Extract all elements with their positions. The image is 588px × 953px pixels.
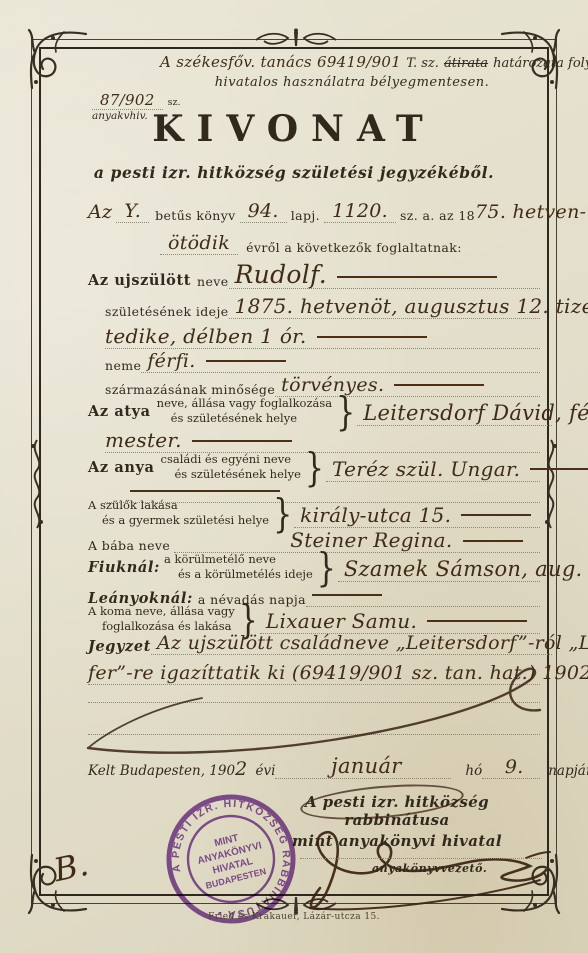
document-subtitle: a pesti izr. hitközség születési jegyzék…	[0, 163, 588, 182]
field-row-newborn-name: Az ujszülött neve Rudolf.	[88, 262, 540, 289]
midwife-label: A bába neve	[88, 538, 170, 553]
origin-value: törvényes.	[281, 374, 384, 396]
dated-day: 9.	[505, 756, 524, 778]
dated-year: 2	[235, 760, 247, 779]
field-row-sex: neme férfi.	[105, 352, 540, 373]
fill-stroke	[530, 468, 588, 470]
father-value-2: mester.	[105, 428, 182, 452]
dated-printed-1: Kelt Budapesten, 190	[88, 763, 235, 779]
birth-date-value-2: tedike, délben 1 ór.	[105, 324, 307, 348]
father-bold-label: Az atya	[88, 403, 151, 420]
field-row-midwife: A bába neve Steiner Regina.	[88, 530, 540, 553]
sex-label: neme	[105, 358, 141, 373]
field-row-father: Az atya neve, állása vagy foglalkozása é…	[88, 396, 552, 426]
intro-line-2: ötödik évről a következők foglaltatnak:	[160, 232, 538, 255]
svg-text:A PESTI IZR. HITKÖZSÉG RABBINÁ: A PESTI IZR. HITKÖZSÉG RABBINÁTUSA •	[157, 785, 305, 933]
field-row-circumciser: Fiuknál: a körülmetélő neve és a körülme…	[88, 552, 540, 582]
cancellation-flourish	[82, 652, 547, 762]
residence-value: király-utca 15.	[300, 503, 451, 527]
entry-number: 1120.	[324, 200, 396, 223]
mother-value: Teréz szül. Ungar.	[332, 457, 520, 481]
fill-stroke	[206, 360, 286, 362]
title-text: KIVONAT	[152, 108, 435, 150]
book-page: 94.	[240, 200, 287, 223]
birth-date-value: 1875. hetvenöt, augusztus 12. tizenket-	[235, 294, 588, 318]
fill-stroke	[130, 490, 280, 492]
newborn-bold-label: Az ujszülött	[88, 272, 191, 289]
fill-stroke	[463, 540, 523, 542]
mother-bold-label: Az anya	[88, 459, 155, 476]
ref-printed-a: T. sz.	[406, 56, 439, 71]
intro-rest-label: évről a következők foglaltatnak:	[246, 240, 462, 255]
dated-printed-2: évi	[255, 763, 275, 779]
godfather-value: Lixauer Samu.	[266, 609, 417, 633]
origin-label: származásának minősége	[105, 382, 275, 397]
dated-printed-4: napján.	[548, 763, 588, 779]
signature-rule-line	[300, 858, 542, 859]
fill-stroke	[312, 594, 382, 596]
fill-stroke	[192, 440, 292, 442]
godfather-label-line1: A koma neve, állása vagy	[88, 604, 235, 619]
header-reference-note: A székesfőv. tanács 69419/901 T. sz. áti…	[160, 52, 544, 90]
note-value: Az ujszülött családneve „Leitersdorf”-ró…	[157, 632, 588, 654]
newborn-label: neve	[197, 274, 229, 289]
corner-ornament-top-left	[24, 26, 90, 92]
field-row-godfather: A koma neve, állása vagy foglalkozása és…	[88, 604, 540, 634]
border-ornament-left-middle	[26, 438, 48, 530]
brace-glyph: }	[273, 497, 292, 532]
father-label-line1: neve, állása vagy foglalkozása	[157, 396, 333, 411]
document-page: A székesfőv. tanács 69419/901 T. sz. áti…	[0, 0, 588, 953]
stamp-ring-text: A PESTI IZR. HITKÖZSÉG RABBINÁTUSA •	[157, 785, 305, 933]
duty-free-line: hivatalos használatra bélyegmentesen.	[160, 75, 544, 90]
sex-value: férfi.	[147, 350, 195, 372]
residence-label-line1: A szülők lakása	[88, 498, 269, 513]
intro-az: Az	[88, 201, 112, 223]
registrar-title: anyakönyvvezető.	[372, 862, 487, 875]
field-row-birth-date: születésének ideje 1875. hetvenöt, augus…	[105, 296, 540, 319]
father-value: Leitersdorf Dávid, férfiszabó-	[363, 401, 588, 425]
intro-book-label: betűs könyv	[155, 208, 236, 223]
border-ornament-top-center	[254, 28, 338, 50]
entry-year-word: ötödik	[160, 232, 238, 255]
residence-label-line2: és a gyermek születési helye	[88, 513, 269, 528]
boys-label-line2: és a körülmetélés ideje	[164, 567, 313, 582]
intro-line-1: Az Y. betűs könyv 94. lapj. 1120. sz. a.…	[88, 200, 538, 223]
field-row-origin: származásának minősége törvényes.	[105, 376, 540, 397]
fill-stroke	[317, 336, 427, 338]
border-ornament-right-middle	[540, 438, 562, 530]
fill-stroke	[337, 276, 497, 278]
intro-sz-label: sz. a. az 18	[400, 208, 475, 223]
field-row-residence: A szülők lakása és a gyermek születési h…	[88, 498, 540, 528]
ref-printed-b: határozata folytán	[493, 56, 588, 71]
field-row-mother: Az anya családi és egyéni neve és szület…	[88, 452, 540, 482]
birth-date-label: születésének ideje	[105, 304, 229, 319]
council-reference-handwritten: A székesfőv. tanács 69419/901	[160, 53, 401, 71]
field-row-birth-date-cont: tedike, délben 1 ór.	[105, 326, 540, 349]
dated-month: január	[331, 754, 401, 778]
brace-glyph: }	[305, 451, 324, 486]
printer-imprint: Fried és Krakauer, Lázár-utcza 15.	[0, 912, 588, 922]
father-label-line2: és születésének helye	[157, 411, 333, 426]
file-number-suffix: sz.	[168, 97, 181, 108]
fill-stroke	[394, 384, 484, 386]
fill-stroke	[461, 514, 531, 516]
brace-glyph: }	[317, 551, 336, 586]
ref-struck-word: átirata	[444, 56, 488, 71]
boys-value: Szamek Sámson, aug. 19.	[344, 557, 588, 581]
dated-line: Kelt Budapesten, 190 2 évi január hó 9. …	[88, 756, 540, 779]
mother-label-line1: családi és egyéni neve	[161, 452, 301, 467]
dated-printed-3: hó	[465, 763, 482, 779]
newborn-value: Rudolf.	[235, 260, 327, 289]
book-letter: Y.	[116, 200, 149, 223]
document-title: KIVONAT	[0, 108, 588, 150]
fill-stroke	[427, 620, 527, 622]
entry-year: 75. hetven-	[475, 201, 586, 223]
mother-label-line2: és születésének helye	[161, 467, 301, 482]
brace-glyph: }	[336, 395, 355, 430]
boys-bold-label: Fiuknál:	[88, 559, 160, 576]
boys-label-line1: a körülmetélő neve	[164, 552, 313, 567]
midwife-value: Steiner Regina.	[290, 528, 452, 552]
intro-lapj-label: lapj.	[291, 208, 320, 223]
